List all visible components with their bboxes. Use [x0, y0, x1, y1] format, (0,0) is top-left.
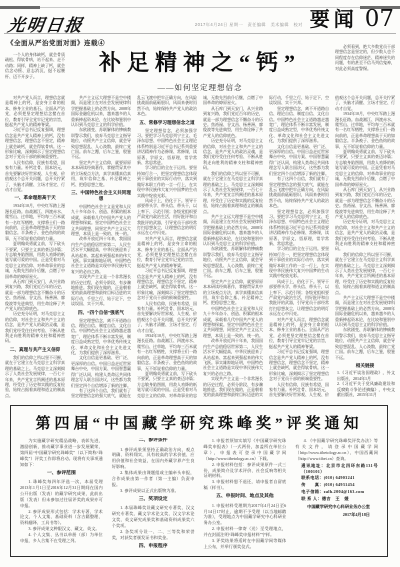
paragraph: 坚定理想信念，离不开道路自信、理论自信、制度自信、文化自信。中国特色社会主义道路…: [269, 106, 329, 144]
notice-item: 1. 参评成果须坚持正确政治方向，观点明确、资料翔实，具有较高的学术价值、应用价…: [112, 447, 195, 471]
masthead-right: 2017年4月24日 星期一 责任编辑 美术编辑 校对 要闻 07: [195, 3, 394, 32]
paragraph: 中国特色社会主义是党和人民九十多年奋斗、创造、积累的根本成就，承载着几代中国共产…: [71, 204, 131, 236]
paragraph: 坚定理想信念，必须加强学习。要把学习马克思列宁主义、毛泽东思想、中国特色社会主义…: [269, 209, 329, 247]
notice-item: 1. 申报者须如实填写《中国藏学研究珠峰奖申报表》（一式两份，加盖所在单位公章）…: [204, 438, 287, 462]
related-links-header: 相关链接: [335, 363, 395, 369]
paragraph: 东欧剧变、苏联解体的惨痛教训警示我们，放弃马克思主义指导地位，动摇共产主义信仰，…: [335, 327, 395, 359]
paragraph: 对共产党人而言，理想信念就是精神上的钙，是安身立命的根本、修身立业的基石。全面从…: [137, 236, 197, 268]
paragraph: 1934年10月，中央红军踏上漫漫长征路。血战湘江、四渡赤水、爬雪山、过草地，平…: [137, 333, 197, 371]
paragraph: 对共产党人而言，理想信念就是精神上的钙，是安身立命的根本、修身立业的基石。全面从…: [269, 317, 329, 349]
notice-contact-line: 联 系 人：德吉 王 媛: [295, 496, 378, 502]
article-headline: 补足精神之“钙”: [70, 46, 330, 77]
article-right-column-top: 必须看到，绝大多数党员干部理想信念是坚定的，但少数人也不同程度存在信仰迷茫、精神…: [335, 44, 395, 93]
masthead-divider: [4, 33, 396, 34]
paragraph: 改革开放近四十年来，我国国内生产总值稳居世界第二，人民生活水平大幅提高，中华民族…: [71, 236, 131, 274]
related-link-item: 2.《习近平关于党风廉政建设和反腐败斗争论述摘编》，中央文献出版社，2015年1…: [335, 381, 395, 397]
paragraph: 坚定理想信念，必须加强学习。要把学习马克思列宁主义、毛泽东思想、中国特色社会主义…: [137, 128, 197, 166]
notice-item: 4. 《中国藏学研究珠峰奖评奖办法》等有关文件，请登录中国藏学网（http://…: [295, 438, 378, 462]
notice-contact-line: 通讯地址：北京市北四环东路131号（100101）: [295, 463, 378, 475]
notice-contact-line: 电子信箱：zalh.2004@163.com: [295, 489, 378, 495]
paragraph: 我们的信仰之所以坚不可摧，就在于它建立在马克思主义科学真理的基础之上。马克思主义…: [203, 171, 263, 214]
paragraph: 夏明翰英勇就义前，写下砍头不要紧，只要主义真的豪迈诗篇；方志敏身陷囹圄，用敌人劝…: [335, 149, 395, 187]
notice-item: 2. 集体成果由课题组或主编牵头申报，合作成果由第一作者（第一主编）负责申报。: [112, 470, 195, 488]
dateline: 2017年4月24日 星期一 责任编辑 美术编辑 校对: [195, 22, 303, 28]
paragraph: 学习的目的全在于运用。要坚持知行合一，把坚定理想信念体现到干事创业的实际行动中，…: [137, 165, 197, 197]
masthead: 光明日报 2017年4月24日 星期一 责任编辑 美术编辑 校对 要闻 07: [8, 10, 394, 32]
notice-title: 第四届“中国藏学研究珠峰奖”评奖通知: [20, 412, 378, 433]
paragraph: 坚定共产主义信仰，就要原原本本研读经典著作，掌握贯穿其中的立场观点方法，真学真懂…: [71, 160, 131, 187]
paragraph: 我们的信仰之所以坚不可摧，就在于它建立在马克思主义科学真理的基础之上。马克思主义…: [335, 252, 395, 295]
section-header: 一、革命理想高于天: [5, 195, 65, 201]
notice-contact-line: 传 真：(010) 64931454: [295, 482, 378, 488]
notice-section-header: 四、申报程序: [112, 544, 195, 551]
notice-signature: 2017年4月18日: [295, 512, 378, 518]
notice-section-header: 三、奖项设定: [112, 497, 195, 504]
notice-section-header: 二、参评条件: [112, 438, 195, 445]
notice-item: 1. 申报材料受理期为2017年4月24日至6月14日17时止，逾期不予受理（以…: [204, 503, 287, 527]
article-body: 对共产党人而言，理想信念就是精神上的钙，是安身立命的根本、修身立业的基石。全面从…: [5, 95, 395, 401]
notice-item: 1. 本届珠峰奖设藏文研究专著奖、汉文研究专著奖、藏文学术论文奖、汉文学术论文奖…: [112, 505, 195, 529]
article-subtitle: ——如何坚定理想信念: [70, 82, 330, 93]
paragraph: 共产主义远大理想不是空中楼阁，而是建立在对社会发展规律科学把握基础上的必然方向。…: [203, 214, 263, 246]
paragraph: 1934年10月，中央红军踏上漫漫长征路。血战湘江、四渡赤水、爬雪山、过草地，平…: [335, 111, 395, 149]
article-lead-column-top: 一个人的身体缺钙，就会骨质疏松、得软骨病，站不起来、走不动路；同样，精神上缺了钙…: [5, 52, 65, 93]
section-label: 要闻: [310, 3, 358, 32]
notice-item: 3. 参评成果以正式出版物为准。: [112, 488, 195, 494]
article-headline-block: 补足精神之“钙” ——如何坚定理想信念: [70, 46, 330, 93]
notice-intro: 为实施藏学研究精品战略，表彰先进，激励创新，推动藏学事业进一步发展繁荣，第四届“…: [20, 438, 103, 468]
paragraph: 学习的目的全在于运用。要坚持知行合一，把坚定理想信念体现到干事创业的实际行动中，…: [269, 246, 329, 278]
paragraph: 从石库门到天安门，从兴业路到复兴路，我们党近百年的历史，就是一部为理想信念不懈奋…: [203, 106, 263, 138]
paragraph: 夏明翰英勇就义前，写下砍头不要紧，只要主义真的豪迈诗篇；方志敏身陷囹圄，用敌人劝…: [5, 241, 65, 279]
section-header: 二、真理与共产主义信仰: [5, 347, 65, 353]
paragraph: 我们的信仰之所以坚不可摧，就在于它建立在马克思主义科学真理的基础之上。马克思主义…: [5, 355, 65, 398]
notice-item: 2. 申报材料一律寄（送）至受理地点，并在封面注明“珠峰奖申报材料”字样。: [204, 526, 287, 538]
notice-item: 2. 参评成果形式包括：学术专著、学术论文、个人文集、基础资料（含古籍整理、资料…: [20, 509, 103, 527]
paragraph: 从石库门到天安门，从兴业路到复兴路，我们党近百年的历史，就是一部为理想信念不懈奋…: [335, 187, 395, 219]
paragraph: 从石库门到天安门，从兴业路到复兴路，我们党近百年的历史，就是一部为理想信念不懈奋…: [5, 279, 65, 311]
notice-item: 4. 个人文集、丛书以单册（部）为单位申报，多人合集不在受理之列。: [20, 532, 103, 544]
section-header: 四、“四个自信”强底气: [71, 310, 131, 316]
section-header: 五、常修学习理想信念之道: [137, 120, 197, 126]
related-link-item: 1.《习近平谈治国理政》，外文出版社，2014年1月: [335, 370, 395, 381]
notice-body: 为实施藏学研究精品战略，表彰先进，激励创新，推动藏学事业进一步发展繁荣，第四届“…: [20, 438, 378, 552]
notice-item: 1. 珠峰奖每四年评选一次，本届受理2013年1月1日至2016年12月31日期…: [20, 479, 103, 509]
paragraph: 东欧剧变、苏联解体的惨痛教训警示我们，放弃马克思主义指导地位，动摇共产主义信仰，…: [71, 127, 131, 159]
notice-item: 2. 各奖项分设一、二、三等奖和荣誉奖，对获奖者颁发证书和奖金。: [112, 529, 195, 541]
notice-box: 第四届“中国藏学研究珠峰奖”评奖通知 为实施藏学研究精品战略，表彰先进，激励创新…: [10, 405, 388, 557]
paragraph: 风成于上，俗化于下。领导干部要带头学、带头信、带头干，以上率下、示范引领；各级党…: [269, 279, 329, 317]
paragraph: 历史充分证明，对马克思主义的信仰，对社会主义和共产主义的信念，是共产党人的政治灵…: [203, 138, 263, 170]
notice-section-header: 一、参评范围: [20, 471, 103, 478]
paragraph: 坚定共产主义信仰，就要原原本本研读经典著作，掌握贯穿其中的立场观点方法，真学真懂…: [203, 279, 263, 306]
paragraph: 有了这四个自信，我们就有了坚定理想信念的强大底气，就能在乱云飞渡中把牢正确方向，…: [269, 176, 329, 208]
notice-signature: 中国藏学研究中心科研业务办公室: [295, 504, 378, 510]
paragraph: 中国特色社会主义是党和人民九十多年奋斗、创造、积累的根本成就，承载着几代中国共产…: [203, 306, 263, 338]
notice-contact-line: 联系电话：(010) 64903241: [295, 475, 378, 481]
paragraph: 文化自信是更基础、更广泛、更深厚的自信。中国日益走近世界舞台中央，中国方案、中国…: [71, 355, 131, 387]
notice-item: 3. 申报材料恕不退还，请申报者自留底稿（样书）。: [204, 479, 287, 491]
notice-item: 3. 评奖结果将适时在中国藏学网等媒体上公布，并举行颁奖仪式。: [204, 538, 287, 550]
paragraph: 对共产党人而言，理想信念就是精神上的钙，是安身立命的根本、修身立业的基石。全面从…: [5, 95, 65, 127]
paragraph: 人民有信仰，民族有希望，国家有力量。补钙壮骨、固本培元，首先要解决好世界观、人生…: [137, 301, 197, 333]
page-number: 07: [365, 6, 394, 32]
paragraph: 实现共产主义是一个非常漫长的历史过程，必须分阶段、有步骤地推进。我们现在做的，正…: [71, 274, 131, 306]
paragraph: 习近平总书记反复强调，理想信念是共产党人精神上的钙，没有理想信念，理想信念不坚定…: [5, 127, 65, 159]
paragraph: 坚定理想信念，离不开道路自信、理论自信、制度自信、文化自信。中国特色社会主义道路…: [71, 318, 131, 356]
paragraph: 共产主义远大理想不是空中楼阁，而是建立在对社会发展规律科学把握基础上的必然方向。…: [71, 95, 131, 127]
notice-item: 2. 申报材料包括：参评成果原件一式三份，成果简介及学术评价、社会反响等相关证明…: [204, 462, 287, 480]
paragraph: 东欧剧变、苏联解体的惨痛教训警示我们，放弃马克思主义指导地位，动摇共产主义信仰，…: [203, 246, 263, 278]
paragraph: 风成于上，俗化于下。领导干部要带头学、带头信、带头干，以上率下、示范引领；各级党…: [137, 198, 197, 236]
paragraph: 共产主义远大理想不是空中楼阁，而是建立在对社会发展规律科学把握基础上的必然方向。…: [335, 295, 395, 327]
notice-section-header: 五、申报时间、地点及其他: [204, 494, 287, 501]
paragraph: 习近平总书记反复强调，理想信念是共产党人精神上的钙，没有理想信念，理想信念不坚定…: [269, 349, 329, 381]
paragraph: 文化自信是更基础、更广泛、更深厚的自信。中国日益走近世界舞台中央，中国方案、中国…: [269, 144, 329, 176]
section-header: 三、中国特色社会主义共同理想: [71, 190, 131, 202]
top-rule-left-cap: [0, 6, 40, 9]
paragraph: 改革开放近四十年来，我国国内生产总值稳居世界第二，人民生活水平大幅提高，中华民族…: [203, 338, 263, 376]
paragraph: 人民有信仰，民族有希望，国家有力量。补钙壮骨、固本培元，首先要解决好世界观、人生…: [5, 160, 65, 192]
paragraph: 历史充分证明，对马克思主义的信仰，对社会主义和共产主义的信念，是共产党人的政治灵…: [335, 219, 395, 251]
paragraph: 历史充分证明，对马克思主义的信仰，对社会主义和共产主义的信念，是共产党人的政治灵…: [5, 311, 65, 343]
paragraph: 1934年10月，中央红军踏上漫漫长征路。血战湘江、四渡赤水、爬雪山、过草地，平…: [5, 203, 65, 241]
newspaper-page: 光明日报 2017年4月24日 星期一 责任编辑 美术编辑 校对 要闻 07 《…: [0, 0, 400, 567]
paragraph: 习近平总书记反复强调，理想信念是共产党人精神上的钙，没有理想信念，理想信念不坚定…: [137, 268, 197, 300]
